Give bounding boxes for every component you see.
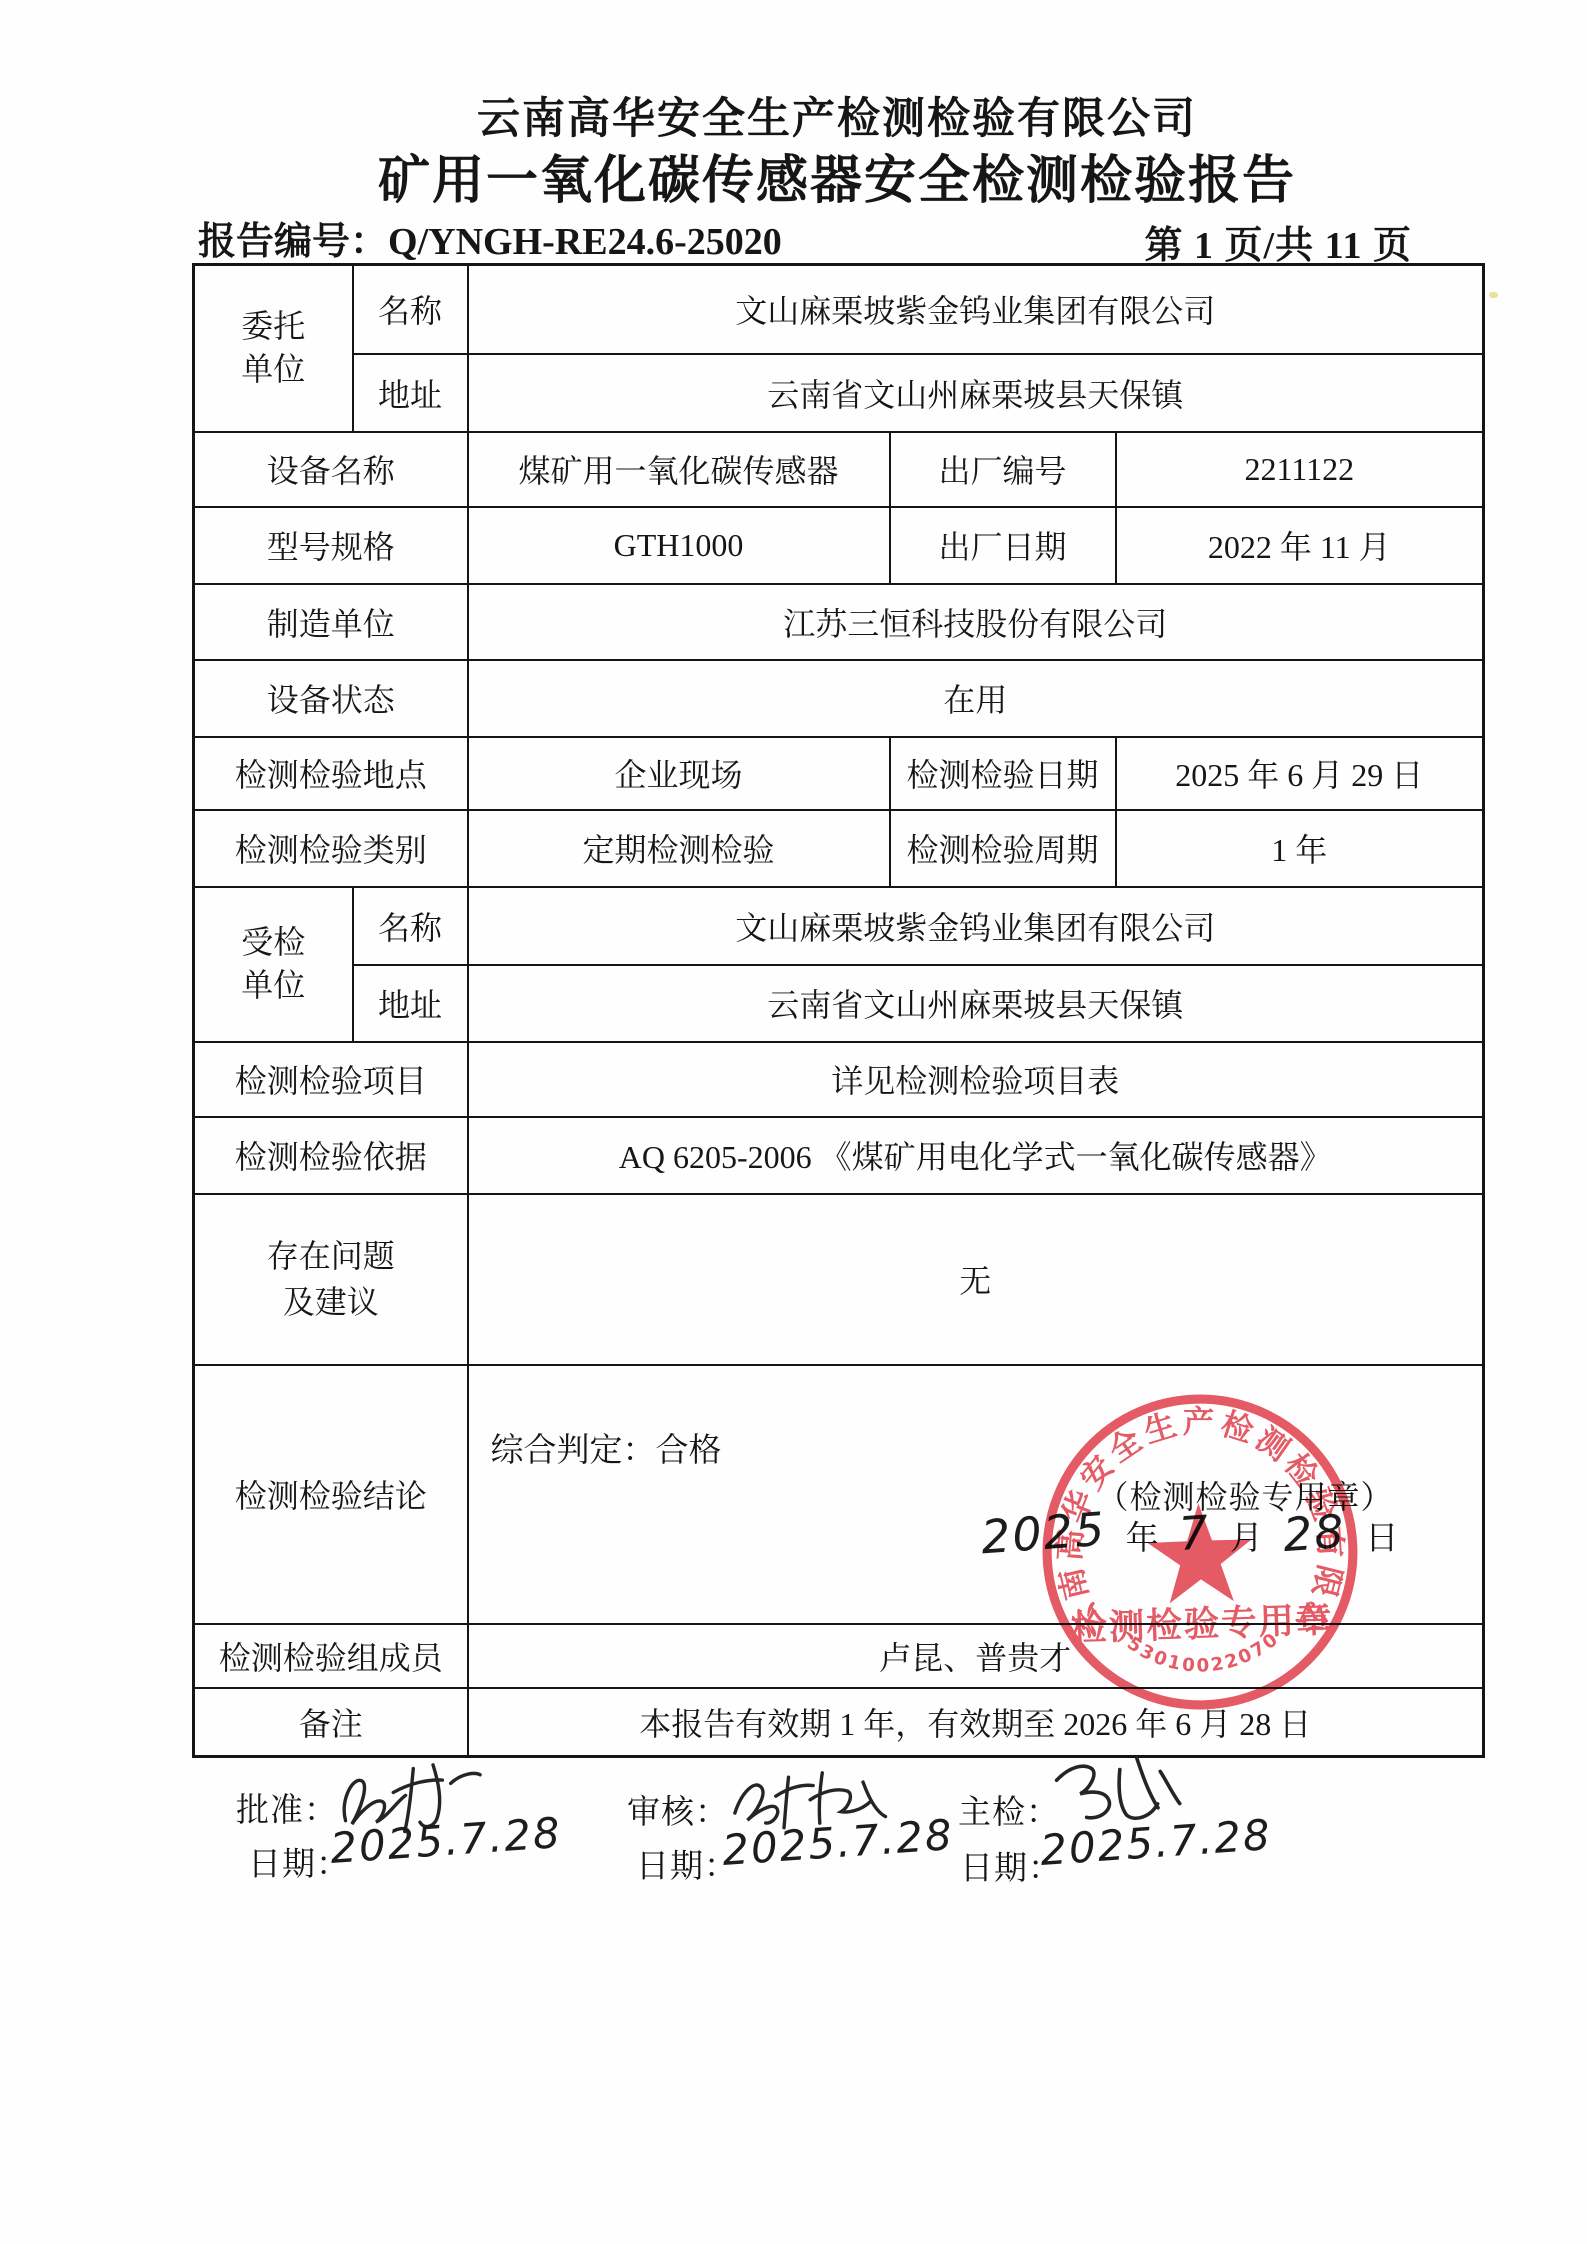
inspected-group-cell: 受检单位 (194, 887, 353, 1042)
hand-month: 7 (1177, 1504, 1212, 1560)
table-row: 型号规格 GTH1000 出厂日期 2022 年 11 月 (194, 507, 1484, 584)
problems-label-line2: 及建议 (203, 1279, 459, 1325)
manufacturer-label: 制造单位 (194, 584, 468, 660)
report-table: 委托单位 名称 文山麻栗坡紫金钨业集团有限公司 地址 云南省文山州麻栗坡县天保镇… (192, 263, 1485, 1758)
table-row: 检测检验结论 综合判定：合格 （检测检验专用章） 2025 年 7 月 28 日 (194, 1365, 1484, 1624)
problems-value: 无 (468, 1194, 1484, 1365)
table-row: 检测检验依据 AQ 6205-2006 《煤矿用电化学式一氧化碳传感器》 (194, 1117, 1484, 1194)
table-row: 备注 本报告有效期 1 年，有效期至 2026 年 6 月 28 日 (194, 1688, 1484, 1757)
remark-value: 本报告有效期 1 年，有效期至 2026 年 6 月 28 日 (468, 1688, 1484, 1757)
inspected-group-label: 受检单位 (237, 921, 309, 1007)
conclusion-cell: 综合判定：合格 （检测检验专用章） 2025 年 7 月 28 日 (468, 1365, 1484, 1624)
items-label: 检测检验项目 (194, 1042, 468, 1117)
inspected-name-value: 文山麻栗坡紫金钨业集团有限公司 (468, 887, 1484, 965)
factory-no-label: 出厂编号 (890, 432, 1116, 507)
category-label: 检测检验类别 (194, 810, 468, 887)
problems-label-line1: 存在问题 (203, 1233, 459, 1279)
conclusion-date: 2025 年 7 月 28 日 (981, 1506, 1399, 1560)
inspected-addr-value: 云南省文山州麻栗坡县天保镇 (468, 965, 1484, 1042)
client-group-label: 委托单位 (237, 305, 309, 391)
client-addr-label: 地址 (353, 354, 468, 432)
table-row: 设备名称 煤矿用一氧化碳传感器 出厂编号 2211122 (194, 432, 1484, 507)
manufacturer-value: 江苏三恒科技股份有限公司 (468, 584, 1484, 660)
review-label: 审核： (627, 1786, 729, 1833)
basis-label: 检测检验依据 (194, 1117, 468, 1194)
table-row: 检测检验类别 定期检测检验 检测检验周期 1 年 (194, 810, 1484, 887)
status-label: 设备状态 (194, 660, 468, 737)
table-row: 地址 云南省文山州麻栗坡县天保镇 (194, 965, 1484, 1042)
period-label: 检测检验周期 (890, 810, 1116, 887)
table-row: 检测检验组成员 卢昆、普贵才 (194, 1624, 1484, 1688)
location-label: 检测检验地点 (194, 737, 468, 810)
scan-speck (1489, 292, 1498, 298)
month-unit: 月 (1230, 1512, 1263, 1559)
approve-label: 批准： (236, 1784, 338, 1831)
factory-no-value: 2211122 (1116, 432, 1484, 507)
model-value: GTH1000 (468, 507, 890, 584)
year-unit: 年 (1126, 1512, 1159, 1559)
table-row: 委托单位 名称 文山麻栗坡紫金钨业集团有限公司 (194, 265, 1484, 354)
company-title: 云南高华安全生产检测检验有限公司 (192, 96, 1482, 143)
conclusion-verdict: 综合判定：合格 (491, 1424, 722, 1471)
table-row: 地址 云南省文山州麻栗坡县天保镇 (194, 354, 1484, 432)
model-label: 型号规格 (194, 507, 468, 584)
report-number-label: 报告编号： (198, 221, 388, 263)
factory-date-value: 2022 年 11 月 (1116, 507, 1484, 584)
report-number: 报告编号：Q/YNGH-RE24.6-25020 (198, 210, 782, 265)
period-value: 1 年 (1116, 810, 1484, 887)
team-value: 卢昆、普贵才 (468, 1624, 1484, 1688)
inspected-name-label: 名称 (353, 887, 468, 965)
items-value: 详见检测检验项目表 (468, 1042, 1484, 1117)
report-number-value: Q/YNGH-RE24.6-25020 (388, 221, 782, 263)
basis-value: AQ 6205-2006 《煤矿用电化学式一氧化碳传感器》 (468, 1117, 1484, 1194)
remark-label: 备注 (194, 1688, 468, 1757)
device-name-value: 煤矿用一氧化碳传感器 (468, 432, 890, 507)
table-row: 制造单位 江苏三恒科技股份有限公司 (194, 584, 1484, 660)
status-value: 在用 (468, 660, 1484, 737)
problems-label: 存在问题 及建议 (194, 1194, 468, 1365)
table-row: 存在问题 及建议 无 (194, 1194, 1484, 1365)
table-row: 检测检验地点 企业现场 检测检验日期 2025 年 6 月 29 日 (194, 737, 1484, 810)
table-row: 设备状态 在用 (194, 660, 1484, 737)
client-name-label: 名称 (353, 265, 468, 354)
page-indicator: 第 1 页/共 11 页 (1145, 214, 1412, 269)
hand-day: 28 (1281, 1503, 1347, 1561)
client-addr-value: 云南省文山州麻栗坡县天保镇 (468, 354, 1484, 432)
hand-year: 2025 (979, 1501, 1108, 1564)
category-value: 定期检测检验 (468, 810, 890, 887)
conclusion-label: 检测检验结论 (194, 1365, 468, 1624)
scanned-report-page: 云南高华安全生产检测检验有限公司 矿用一氧化碳传感器安全检测检验报告 报告编号：… (0, 0, 1587, 2244)
inspected-addr-label: 地址 (353, 965, 468, 1042)
table-row: 检测检验项目 详见检测检验项目表 (194, 1042, 1484, 1117)
report-number-line: 报告编号：Q/YNGH-RE24.6-25020 第 1 页/共 11 页 (192, 210, 1482, 258)
client-name-value: 文山麻栗坡紫金钨业集团有限公司 (468, 265, 1484, 354)
location-value: 企业现场 (468, 737, 890, 810)
insp-date-label: 检测检验日期 (890, 737, 1116, 810)
day-unit: 日 (1365, 1512, 1398, 1559)
insp-date-value: 2025 年 6 月 29 日 (1116, 737, 1484, 810)
report-title: 矿用一氧化碳传感器安全检测检验报告 (192, 152, 1482, 212)
team-label: 检测检验组成员 (194, 1624, 468, 1688)
table-row: 受检单位 名称 文山麻栗坡紫金钨业集团有限公司 (194, 887, 1484, 965)
client-group-cell: 委托单位 (194, 265, 353, 432)
factory-date-label: 出厂日期 (890, 507, 1116, 584)
device-name-label: 设备名称 (194, 432, 468, 507)
report-header: 云南高华安全生产检测检验有限公司 矿用一氧化碳传感器安全检测检验报告 (192, 96, 1482, 212)
